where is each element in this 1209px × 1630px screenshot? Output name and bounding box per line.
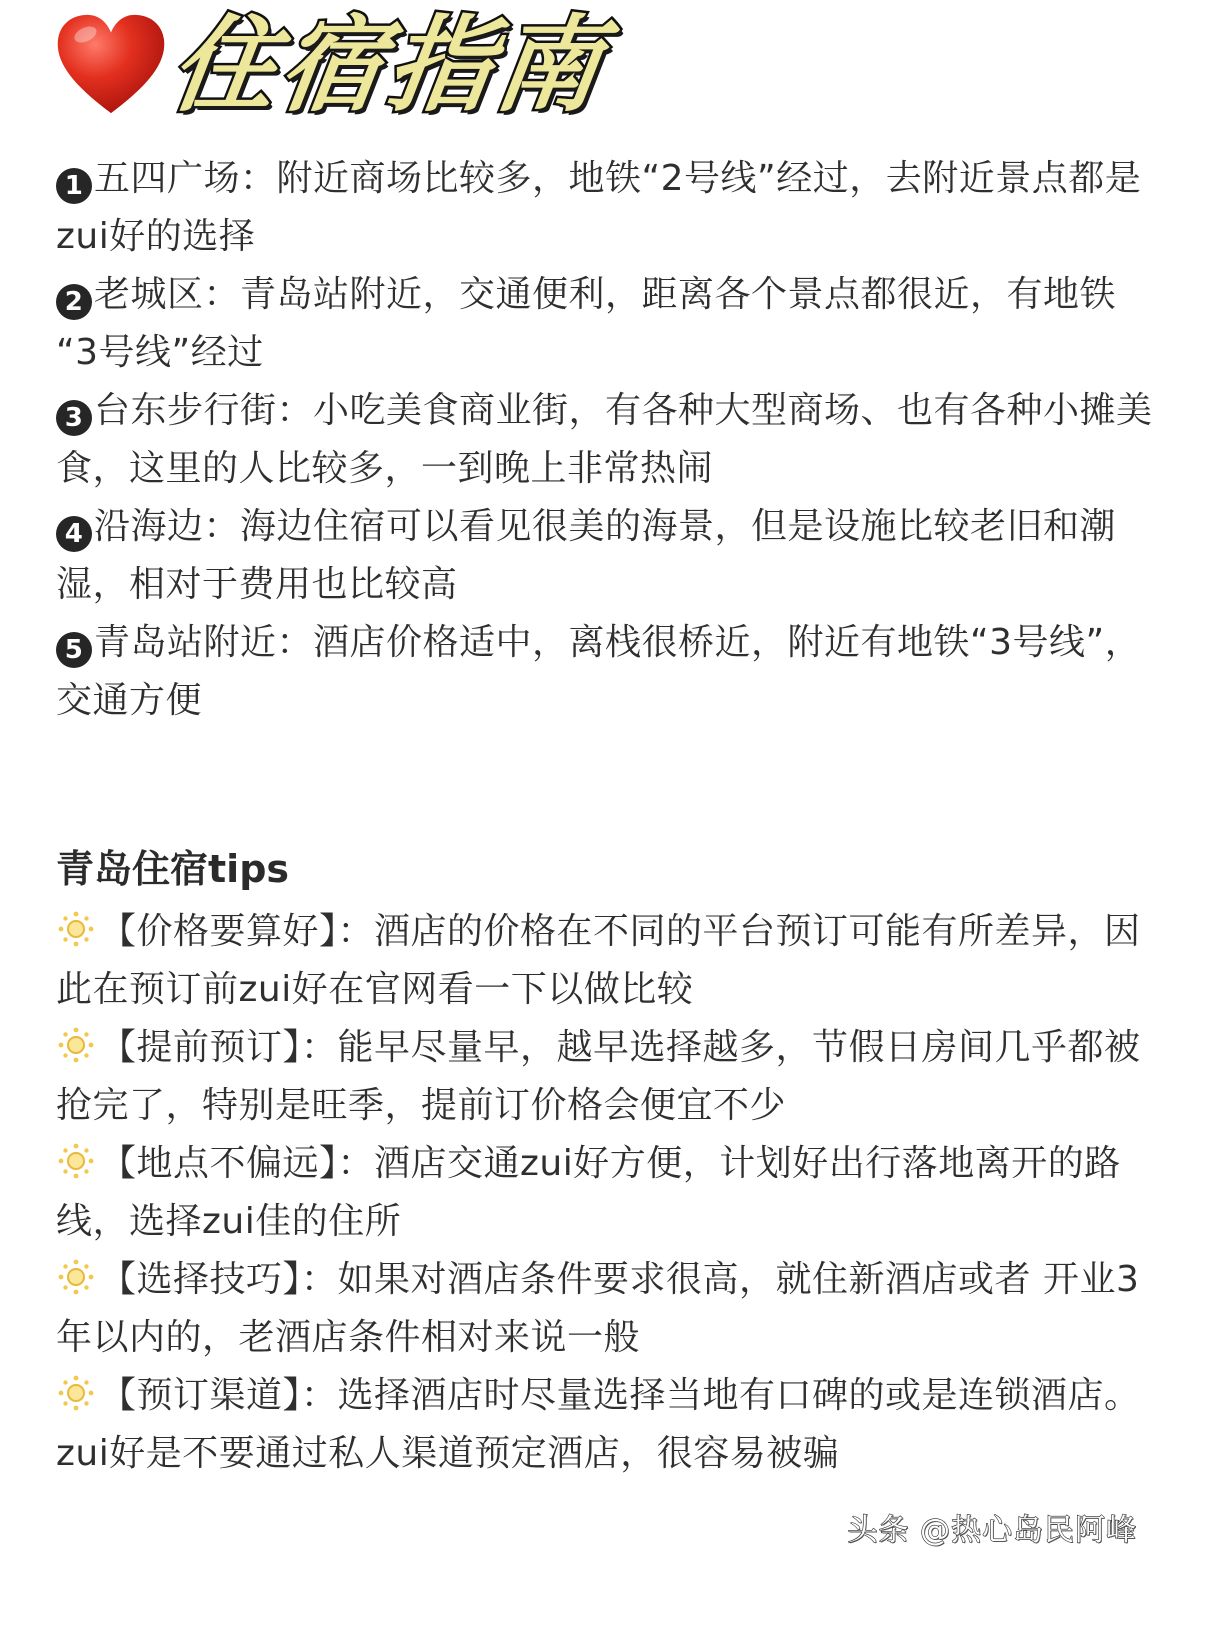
guide-item-text: 老城区：青岛站附近，交通便利，距离各个景点都很近，有地铁 “3号线”经过 — [56, 274, 1116, 373]
number-badge: 5 — [56, 632, 92, 668]
tip-item: 【预订渠道】：选择酒店时尽量选择当地有口碑的或是连锁酒店。zui好是不要通过私人… — [56, 1367, 1156, 1483]
sun-icon — [56, 1373, 96, 1413]
guide-item: 3台东步行街：小吃美食商业街，有各种大型商场、也有各种小摊美食，这里的人比较多，… — [56, 382, 1156, 498]
source-watermark: 头条 @热心岛民阿峰 — [847, 1505, 1137, 1549]
guide-item: 2老城区：青岛站附近，交通便利，距离各个景点都很近，有地铁 “3号线”经过 — [56, 266, 1156, 382]
guide-item: 4沿海边：海边住宿可以看见很美的海景，但是设施比较老旧和潮湿，相对于费用也比较高 — [56, 498, 1156, 614]
number-badge: 1 — [56, 168, 92, 204]
tip-item: 【地点不偏远】：酒店交通zui好方便，计划好出行落地离开的路线，选择zui佳的住… — [56, 1135, 1156, 1251]
number-badge: 3 — [56, 400, 92, 436]
tip-item: 【价格要算好】：酒店的价格在不同的平台预订可能有所差异，因此在预订前zui好在官… — [56, 903, 1156, 1019]
guide-item-text: 台东步行街：小吃美食商业街，有各种大型商场、也有各种小摊美食，这里的人比较多，一… — [56, 390, 1153, 489]
number-badge: 4 — [56, 516, 92, 552]
tip-label: 【价格要算好】： — [100, 911, 374, 952]
number-badge: 2 — [56, 284, 92, 320]
sun-icon — [56, 1257, 96, 1297]
sun-icon — [56, 909, 96, 949]
guide-item: 5青岛站附近：酒店价格适中，离栈很桥近，附近有地铁“3号线”，交通方便 — [56, 614, 1156, 730]
area-guide-list: 1五四广场：附近商场比较多，地铁“2号线”经过，去附近景点都是zui好的选择 2… — [56, 150, 1156, 730]
guide-item-text: 青岛站附近：酒店价格适中，离栈很桥近，附近有地铁“3号线”，交通方便 — [56, 622, 1141, 721]
guide-item-text: 沿海边：海边住宿可以看见很美的海景，但是设施比较老旧和潮湿，相对于费用也比较高 — [56, 506, 1116, 605]
page-title: 住宿指南 — [165, 13, 612, 117]
tip-label: 【地点不偏远】： — [100, 1143, 374, 1184]
guide-item-text: 五四广场：附近商场比较多，地铁“2号线”经过，去附近景点都是zui好的选择 — [56, 158, 1141, 257]
tip-label: 【预订渠道】： — [100, 1375, 338, 1416]
tip-label: 【选择技巧】： — [100, 1259, 338, 1300]
tips-list: 【价格要算好】：酒店的价格在不同的平台预订可能有所差异，因此在预订前zui好在官… — [56, 903, 1156, 1483]
tip-label: 【提前预订】： — [100, 1027, 338, 1068]
tip-item: 【提前预订】：能早尽量早，越早选择越多，节假日房间几乎都被抢完了，特别是旺季，提… — [56, 1019, 1156, 1135]
page-header: 住宿指南 — [52, 4, 604, 126]
sun-icon — [56, 1141, 96, 1181]
guide-item: 1五四广场：附近商场比较多，地铁“2号线”经过，去附近景点都是zui好的选择 — [56, 150, 1156, 266]
tip-item: 【选择技巧】：如果对酒店条件要求很高，就住新酒店或者 开业3年以内的，老酒店条件… — [56, 1251, 1156, 1367]
sun-icon — [56, 1025, 96, 1065]
tips-heading: 青岛住宿tips — [56, 840, 289, 898]
red-heart-icon — [52, 10, 170, 120]
